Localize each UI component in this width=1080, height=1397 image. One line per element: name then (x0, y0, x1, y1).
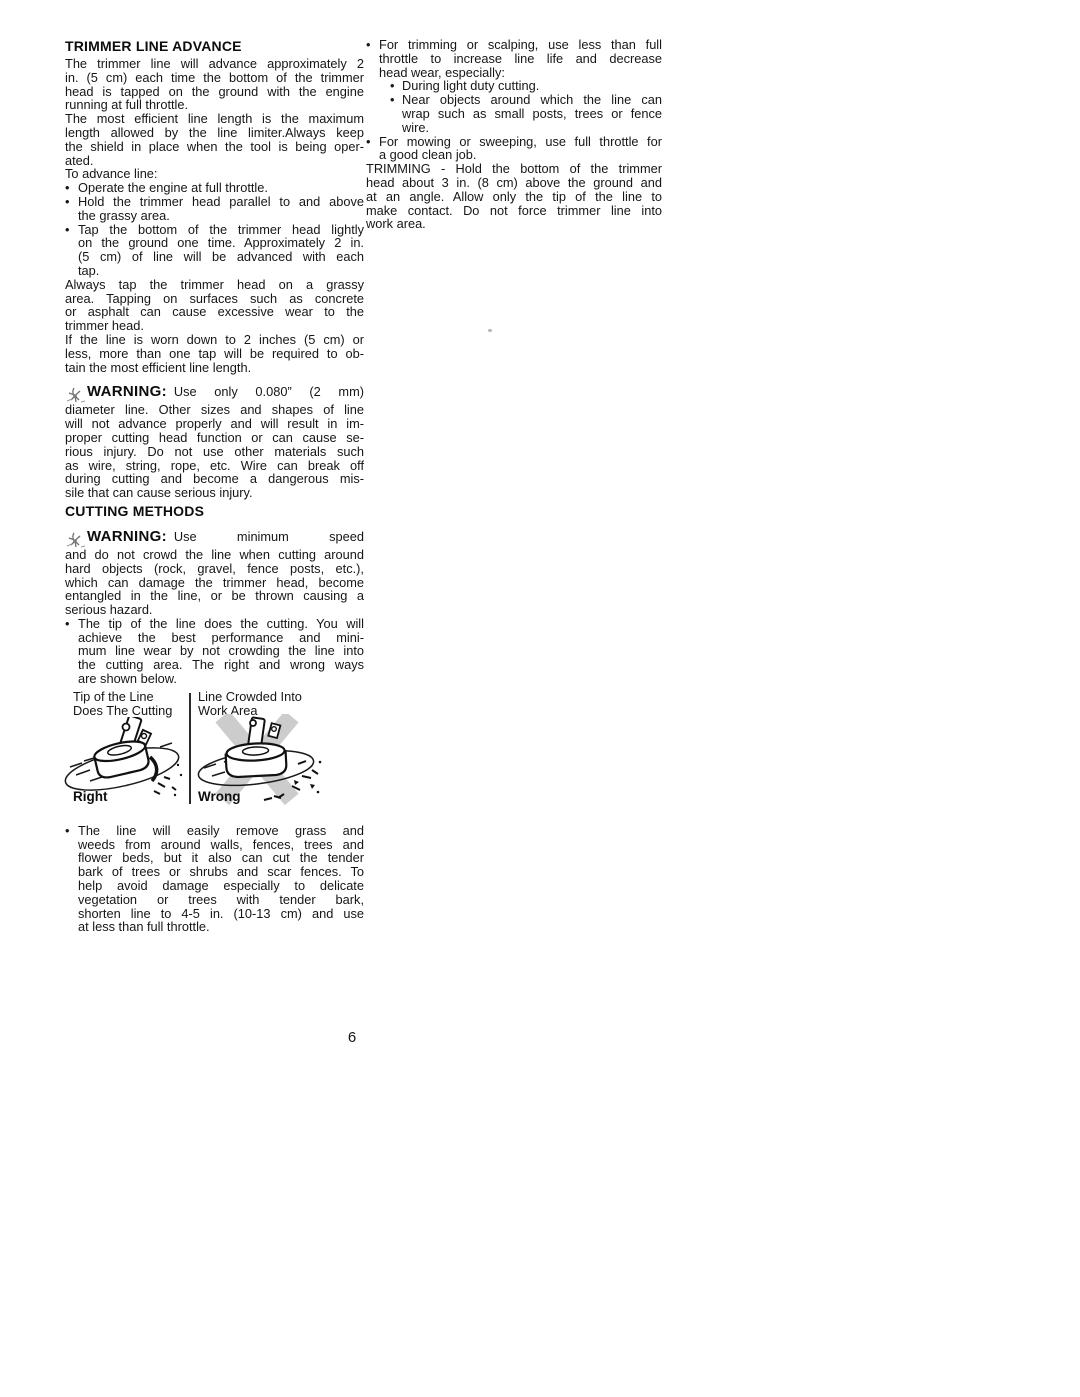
text-line: flower beds, but it also can cut the ten… (78, 851, 364, 865)
bullet-item: •For trimming or scalping, use less than… (366, 38, 662, 79)
bullet-text: Operate the engine at full throttle. (78, 181, 364, 195)
text-line: Always tap the trimmer head on a grassy (65, 278, 364, 292)
bullet-item: •The line will easily remove grass andwe… (65, 824, 364, 934)
text-line: bark of trees or shrubs and scar fences.… (78, 865, 364, 879)
warning-label: WARNING: (87, 530, 167, 544)
text-line: head wear, especially: (379, 66, 662, 80)
text-line: trimmer head. (65, 319, 364, 333)
warning-block: WARNING:Use only 0.080” (2 mm)diameter l… (65, 385, 364, 500)
text-line: less, more than one tap will be required… (65, 347, 364, 361)
sub-bullet-item: •During light duty cutting. (366, 79, 662, 93)
text-line: TRIMMING - Hold the bottom of the trimme… (366, 162, 662, 176)
text-line: hard objects (rock, gravel, fence posts,… (65, 562, 364, 576)
text-line: tap. (78, 264, 364, 278)
bullet-marker: • (390, 79, 402, 93)
left-column: TRIMMER LINE ADVANCEThe trimmer line wil… (65, 38, 364, 934)
paragraph: The most efficient line length is the ma… (65, 112, 364, 167)
text-line: For mowing or sweeping, use full throttl… (379, 135, 662, 149)
bullet-text: During light duty cutting. (402, 79, 662, 93)
section-heading: CUTTING METHODS (65, 503, 364, 519)
text-line: To advance line: (65, 167, 364, 181)
text-line: at an angle. Allow only the tip of the l… (366, 190, 662, 204)
text-line: wrap such as small posts, trees or fence (402, 107, 662, 121)
caption-line: Does The Cutting (73, 704, 185, 718)
cutting-methods-figure: Tip of the Line Does The Cutting Line Cr… (65, 690, 364, 812)
text-line: The most efficient line length is the ma… (65, 112, 364, 126)
caption-line: Tip of the Line (73, 690, 185, 704)
bullet-marker: • (65, 223, 78, 278)
right-column-blocks: •For trimming or scalping, use less than… (366, 38, 662, 231)
text-line: weeds from around walls, fences, trees a… (78, 838, 364, 852)
warning-first-line: WARNING:Use only 0.080” (2 mm) (65, 385, 364, 403)
text-line: wire. (402, 121, 662, 135)
text-line: the cutting area. The right and wrong wa… (78, 658, 364, 672)
text-line: length allowed by the line limiter.Alway… (65, 126, 364, 140)
bullet-marker: • (65, 824, 78, 934)
text-line: For trimming or scalping, use less than … (379, 38, 662, 52)
text-line: head about 3 in. (8 cm) above the ground… (366, 176, 662, 190)
text-line: during cutting and become a dangerous mi… (65, 472, 364, 486)
text-line: at less than full throttle. (78, 920, 364, 934)
text-line: shorten line to 4-5 in. (10-13 cm) and u… (78, 907, 364, 921)
figure-label-right: Right (73, 790, 108, 804)
text-line: mum line wear by not crowding the line i… (78, 644, 364, 658)
paragraph: The trimmer line will advance approximat… (65, 57, 364, 112)
bullet-item: •Tap the bottom of the trimmer head ligh… (65, 223, 364, 278)
warning-first-text: Use minimum speed (174, 530, 364, 544)
bullet-marker: • (366, 38, 379, 79)
text-line: If the line is worn down to 2 inches (5 … (65, 333, 364, 347)
warning-label: WARNING: (87, 385, 167, 399)
text-line: Tap the bottom of the trimmer head light… (78, 223, 364, 237)
text-line: entangled in the line, or be thrown caus… (65, 589, 364, 603)
bullet-item: •Hold the trimmer head parallel to and a… (65, 195, 364, 223)
page-number: 6 (337, 1029, 367, 1046)
text-line: throttle to increase line life and decre… (379, 52, 662, 66)
warning-symbol-icon (65, 531, 87, 549)
text-line: in. (5 cm) each time the bottom of the t… (65, 71, 364, 85)
paragraph: If the line is worn down to 2 inches (5 … (65, 333, 364, 374)
text-line: ated. (65, 154, 364, 168)
bullet-marker: • (65, 617, 78, 686)
text-line: The line will easily remove grass and (78, 824, 364, 838)
text-line: (5 cm) of line will be advanced with eac… (78, 250, 364, 264)
bullet-text: The tip of the line does the cutting. Yo… (78, 617, 364, 686)
bullet-marker: • (65, 195, 78, 223)
text-line: serious hazard. (65, 603, 364, 617)
text-line: a good clean job. (379, 148, 662, 162)
left-column-top-blocks: TRIMMER LINE ADVANCEThe trimmer line wil… (65, 38, 364, 686)
text-line: achieve the best performance and mini- (78, 631, 364, 645)
text-line: make contact. Do not force trimmer line … (366, 204, 662, 218)
text-line: diameter line. Other sizes and shapes of… (65, 403, 364, 417)
text-line: vegetation or trees with tender bark, (78, 893, 364, 907)
bullet-text: Near objects around which the line canwr… (402, 93, 662, 134)
text-line: sile that can cause serious injury. (65, 486, 364, 500)
scan-artifact-speck (488, 329, 492, 332)
bullet-text: The line will easily remove grass andwee… (78, 824, 364, 934)
bullet-marker: • (366, 135, 379, 163)
text-line: help avoid damage especially to delicate (78, 879, 364, 893)
text-line: work area. (366, 217, 662, 231)
scanned-manual-page: { "glyphs": { "bullet_char": "•" }, "pag… (0, 0, 1080, 1397)
figure-label-wrong: Wrong (198, 790, 241, 804)
text-line: proper cutting head function or can caus… (65, 431, 364, 445)
sub-bullet-item: •Near objects around which the line canw… (366, 93, 662, 134)
text-line: the grassy area. (78, 209, 364, 223)
paragraph: Always tap the trimmer head on a grassya… (65, 278, 364, 333)
text-line: tain the most efficient line length. (65, 361, 364, 375)
bullet-text: Hold the trimmer head parallel to and ab… (78, 195, 364, 223)
text-line: as wire, string, rope, etc. Wire can bre… (65, 459, 364, 473)
warning-first-line: WARNING:Use minimum speed (65, 530, 364, 548)
text-line: or asphalt can cause excessive wear to t… (65, 305, 364, 319)
caption-line: Line Crowded Into (198, 690, 348, 704)
text-line: During light duty cutting. (402, 79, 662, 93)
text-line: area. Tapping on surfaces such as concre… (65, 292, 364, 306)
bullet-item: •The tip of the line does the cutting. Y… (65, 617, 364, 686)
right-column: •For trimming or scalping, use less than… (366, 38, 662, 231)
text-line: the shield in place when the tool is bei… (65, 140, 364, 154)
warning-symbol-icon (65, 386, 87, 404)
bullet-text: For trimming or scalping, use less than … (379, 38, 662, 79)
warning-first-text: Use only 0.080” (2 mm) (174, 385, 364, 399)
bullet-text: Tap the bottom of the trimmer head light… (78, 223, 364, 278)
text-line: rious injury. Do not use other materials… (65, 445, 364, 459)
bullet-item: •Operate the engine at full throttle. (65, 181, 364, 195)
warning-block: WARNING:Use minimum speedand do not crow… (65, 530, 364, 617)
paragraph: TRIMMING - Hold the bottom of the trimme… (366, 162, 662, 231)
bullet-marker: • (390, 93, 402, 134)
text-line: Near objects around which the line can (402, 93, 662, 107)
text-line: are shown below. (78, 672, 364, 686)
left-column-bottom-blocks: •The line will easily remove grass andwe… (65, 824, 364, 934)
text-line: The tip of the line does the cutting. Yo… (78, 617, 364, 631)
paragraph: To advance line: (65, 167, 364, 181)
bullet-item: •For mowing or sweeping, use full thrott… (366, 135, 662, 163)
text-line: and do not crowd the line when cutting a… (65, 548, 364, 562)
text-line: will not advance properly and will resul… (65, 417, 364, 431)
figure-divider (189, 693, 191, 804)
section-heading: TRIMMER LINE ADVANCE (65, 38, 364, 54)
bullet-text: For mowing or sweeping, use full throttl… (379, 135, 662, 163)
text-line: The trimmer line will advance approximat… (65, 57, 364, 71)
figure-caption-right-method: Tip of the Line Does The Cutting (73, 690, 185, 718)
text-line: running at full throttle. (65, 98, 364, 112)
text-line: Hold the trimmer head parallel to and ab… (78, 195, 364, 209)
text-line: Operate the engine at full throttle. (78, 181, 364, 195)
text-line: on the ground one time. Approximately 2 … (78, 236, 364, 250)
text-line: head is tapped on the ground with the en… (65, 85, 364, 99)
text-line: which can damage the trimmer head, becom… (65, 576, 364, 590)
bullet-marker: • (65, 181, 78, 195)
